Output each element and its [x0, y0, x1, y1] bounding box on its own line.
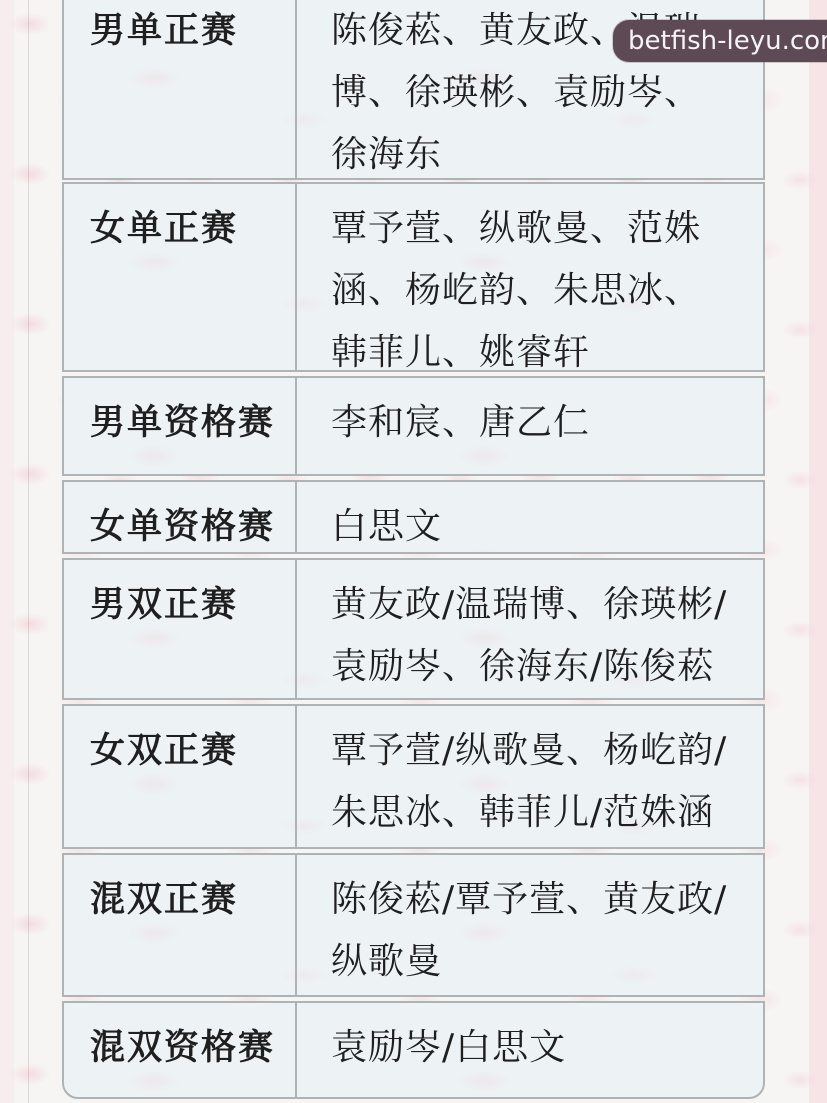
watermark-text: betfish-leyu.com — [628, 26, 827, 56]
players-cell: 白思文 — [295, 482, 763, 552]
category-label: 男双正赛 — [90, 585, 238, 625]
category-label: 混双资格赛 — [90, 1028, 275, 1068]
players-text: 李和宸、唐乙仁 — [331, 402, 590, 443]
players-cell: 袁励岑/白思文 — [295, 1003, 763, 1097]
category-label: 混双正赛 — [90, 880, 238, 920]
players-text: 覃予萱、纵歌曼、范姝涵、杨屹韵、朱思冰、韩菲儿、姚睿轩 — [331, 208, 701, 373]
category-label: 女双正赛 — [90, 731, 238, 771]
players-text: 袁励岑/白思文 — [331, 1027, 566, 1068]
page-background: 男单正赛 陈俊菘、黄友政、温瑞博、徐瑛彬、袁励岑、徐海东 女单正赛 覃予萱、纵歌… — [0, 0, 827, 1103]
left-edge-line — [28, 0, 29, 1103]
category-cell: 女单资格赛 — [64, 482, 295, 552]
category-cell: 混双资格赛 — [64, 1003, 295, 1097]
table-row: 女单资格赛 白思文 — [62, 480, 765, 554]
players-text: 陈俊菘/覃予萱、黄友政/纵歌曼 — [331, 879, 727, 982]
players-cell: 覃予萱/纵歌曼、杨屹韵/朱思冰、韩菲儿/范姝涵 — [295, 706, 763, 847]
left-edge-tint — [0, 0, 14, 1103]
players-text: 覃予萱/纵歌曼、杨屹韵/朱思冰、韩菲儿/范姝涵 — [331, 730, 727, 833]
table-row: 混双资格赛 袁励岑/白思文 — [62, 1001, 765, 1099]
players-cell: 陈俊菘/覃予萱、黄友政/纵歌曼 — [295, 855, 763, 995]
category-cell: 混双正赛 — [64, 855, 295, 995]
entry-table: 男单正赛 陈俊菘、黄友政、温瑞博、徐瑛彬、袁励岑、徐海东 女单正赛 覃予萱、纵歌… — [62, 0, 765, 1099]
table-row: 女双正赛 覃予萱/纵歌曼、杨屹韵/朱思冰、韩菲儿/范姝涵 — [62, 704, 765, 849]
category-cell: 男双正赛 — [64, 560, 295, 698]
category-label: 女单资格赛 — [90, 507, 275, 547]
players-cell: 覃予萱、纵歌曼、范姝涵、杨屹韵、朱思冰、韩菲儿、姚睿轩 — [295, 184, 763, 370]
table-row: 男双正赛 黄友政/温瑞博、徐瑛彬/袁励岑、徐海东/陈俊菘 — [62, 558, 765, 700]
category-cell: 男单资格赛 — [64, 378, 295, 474]
right-edge-tint — [809, 0, 827, 1103]
category-cell: 女单正赛 — [64, 184, 295, 370]
players-cell: 李和宸、唐乙仁 — [295, 378, 763, 474]
category-label: 男单资格赛 — [90, 403, 275, 443]
players-text: 黄友政/温瑞博、徐瑛彬/袁励岑、徐海东/陈俊菘 — [331, 584, 727, 687]
table-row: 混双正赛 陈俊菘/覃予萱、黄友政/纵歌曼 — [62, 853, 765, 997]
category-label: 女单正赛 — [90, 209, 238, 249]
table-row: 女单正赛 覃予萱、纵歌曼、范姝涵、杨屹韵、朱思冰、韩菲儿、姚睿轩 — [62, 182, 765, 372]
players-text: 白思文 — [331, 506, 442, 547]
category-cell: 女双正赛 — [64, 706, 295, 847]
players-cell: 黄友政/温瑞博、徐瑛彬/袁励岑、徐海东/陈俊菘 — [295, 560, 763, 698]
category-cell: 男单正赛 — [64, 0, 295, 178]
watermark-badge: betfish-leyu.com — [613, 20, 827, 62]
table-row: 男单资格赛 李和宸、唐乙仁 — [62, 376, 765, 476]
category-label: 男单正赛 — [90, 11, 238, 51]
